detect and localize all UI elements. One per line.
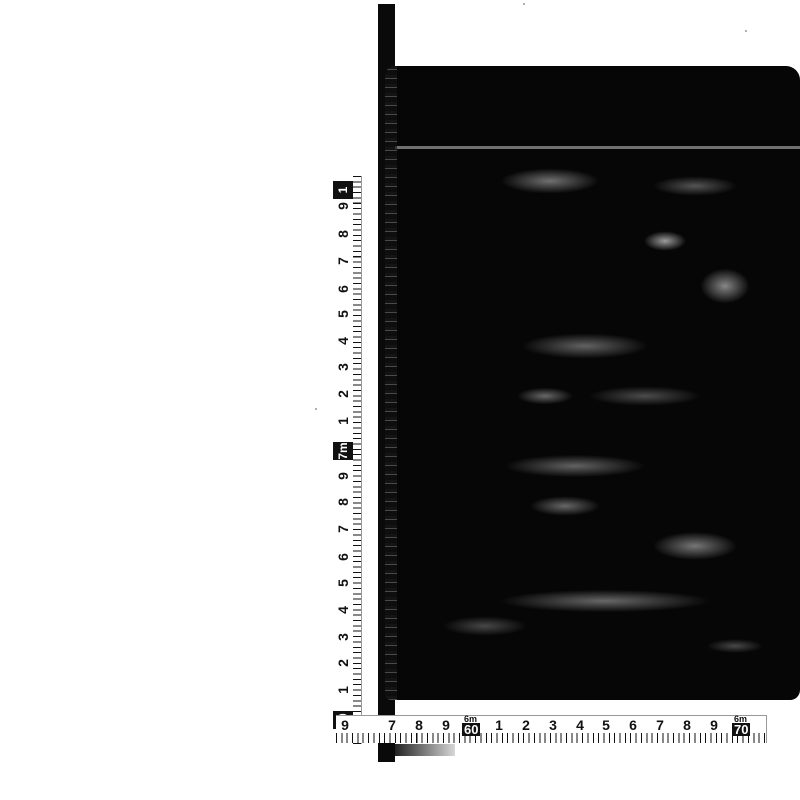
book-cover	[385, 66, 800, 700]
horizontal-ruler-digit: 5	[599, 717, 613, 733]
horizontal-ruler-digit: 1	[492, 717, 506, 733]
scan-speck	[745, 30, 747, 32]
vertical-ruler: 1 9 8 7 6 5 4 3 2 1 7m 9 8 7 6 5 4 3 2 1…	[336, 176, 362, 744]
vertical-ruler-digit: 2	[336, 656, 350, 670]
vertical-ruler-digit: 9	[336, 199, 350, 213]
horizontal-ruler-digit: 7	[385, 717, 399, 733]
vertical-ruler-top-badge: 1	[333, 181, 353, 199]
vertical-ruler-mid-badge: 7m	[333, 442, 353, 460]
vertical-ruler-digit: 2	[336, 387, 350, 401]
horizontal-ruler-ticks	[336, 733, 766, 743]
horizontal-ruler-digit: 6	[626, 717, 640, 733]
vertical-ruler-digit: 8	[336, 495, 350, 509]
vertical-ruler-digit: 1	[336, 683, 350, 697]
cover-texture	[385, 66, 800, 700]
horizontal-ruler-digit: 3	[546, 717, 560, 733]
vertical-ruler-digit: 5	[336, 576, 350, 590]
vertical-ruler-digit: 3	[336, 360, 350, 374]
vertical-ruler-digit: 6	[336, 550, 350, 564]
cover-bottom-scrap	[395, 744, 455, 756]
vertical-ruler-digit: 9	[336, 469, 350, 483]
horizontal-ruler-digit: 8	[412, 717, 426, 733]
vertical-ruler-digit: 5	[336, 307, 350, 321]
vertical-ruler-digit: 7	[336, 254, 350, 268]
horizontal-ruler-digit: 9	[439, 717, 453, 733]
vertical-ruler-digit: 1	[336, 414, 350, 428]
spine-edge	[385, 66, 397, 700]
vertical-ruler-digit: 4	[336, 603, 350, 617]
horizontal-ruler-digit: 9	[707, 717, 721, 733]
horizontal-ruler-digit: 2	[519, 717, 533, 733]
scan-speck	[315, 408, 317, 410]
horizontal-ruler-digit: 4	[573, 717, 587, 733]
horizontal-ruler-digit: 9	[338, 717, 352, 733]
vertical-ruler-digit: 7	[336, 522, 350, 536]
horizontal-ruler-digit: 8	[680, 717, 694, 733]
horizontal-ruler-badge-60: 60	[462, 723, 480, 736]
vertical-ruler-digit: 3	[336, 630, 350, 644]
vertical-ruler-digit: 4	[336, 334, 350, 348]
horizontal-ruler-badge-70: 70	[732, 723, 750, 736]
scan-speck	[523, 3, 525, 5]
cover-blind-rule	[395, 146, 800, 149]
vertical-ruler-digit: 8	[336, 227, 350, 241]
horizontal-ruler: 9 7 8 9 6m 60 1 2 3 4 5 6 7 8 9 6m 70	[336, 715, 767, 743]
vertical-ruler-digit: 6	[336, 282, 350, 296]
horizontal-ruler-digit: 7	[653, 717, 667, 733]
